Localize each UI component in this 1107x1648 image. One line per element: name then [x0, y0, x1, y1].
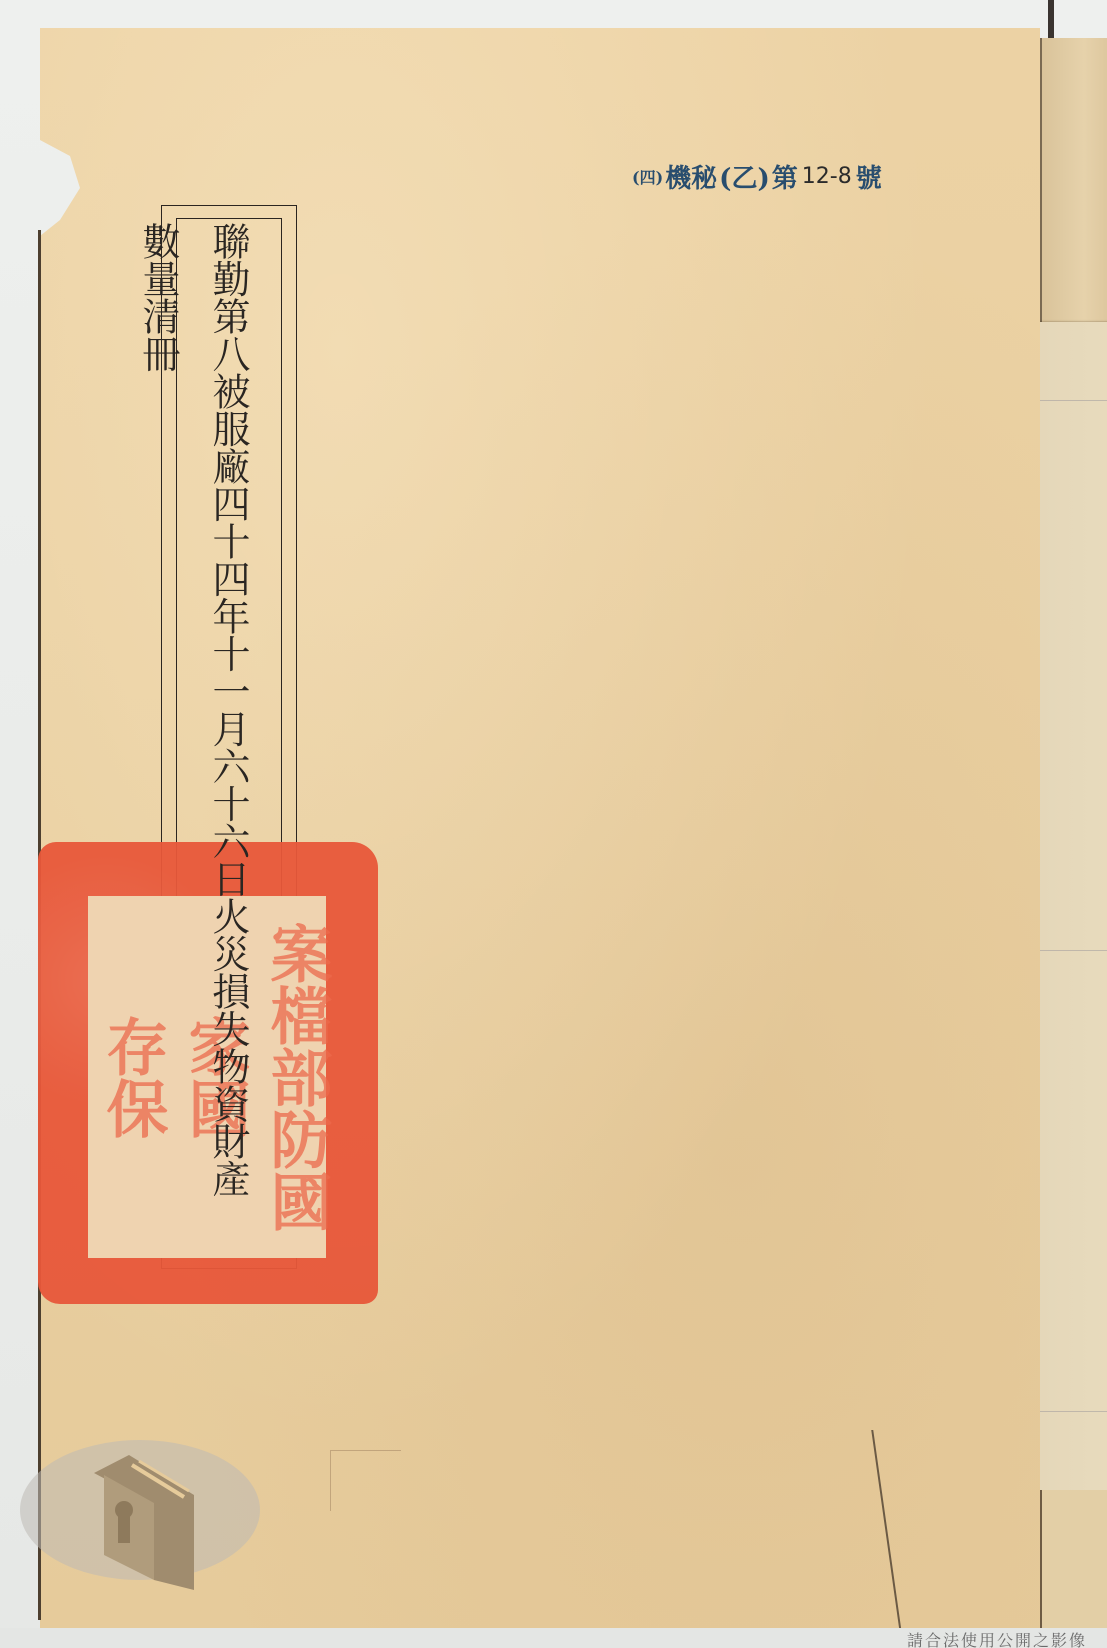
back-page-top [1040, 38, 1107, 338]
catalog-di: 第 [772, 158, 798, 195]
seal-column-1: 存保 [94, 902, 170, 1252]
catalog-number: 12-8 [802, 164, 852, 189]
usage-notice: 請合法使用公開之影像 [907, 1628, 1087, 1648]
catalog-suffix: 號 [856, 158, 882, 195]
catalog-classification: 機秘 [665, 158, 717, 195]
book-keyhole-icon [94, 1455, 194, 1590]
document-title: 聯勤第八被服廠四十四年十一月六十六日火災損失物資財產數量清冊 [193, 222, 263, 1232]
catalog-number-stamp: (四) 機秘 (乙) 第 12-8 號 [632, 158, 882, 195]
seal-column-3: 案檔部防國 [258, 902, 334, 1252]
catalog-prefix: (四) [632, 165, 663, 188]
back-binding-strip [1048, 0, 1054, 40]
catalog-paren-char: (乙) [719, 158, 770, 195]
back-page-bottom [1040, 1490, 1107, 1648]
tape-patch [330, 1450, 401, 1511]
